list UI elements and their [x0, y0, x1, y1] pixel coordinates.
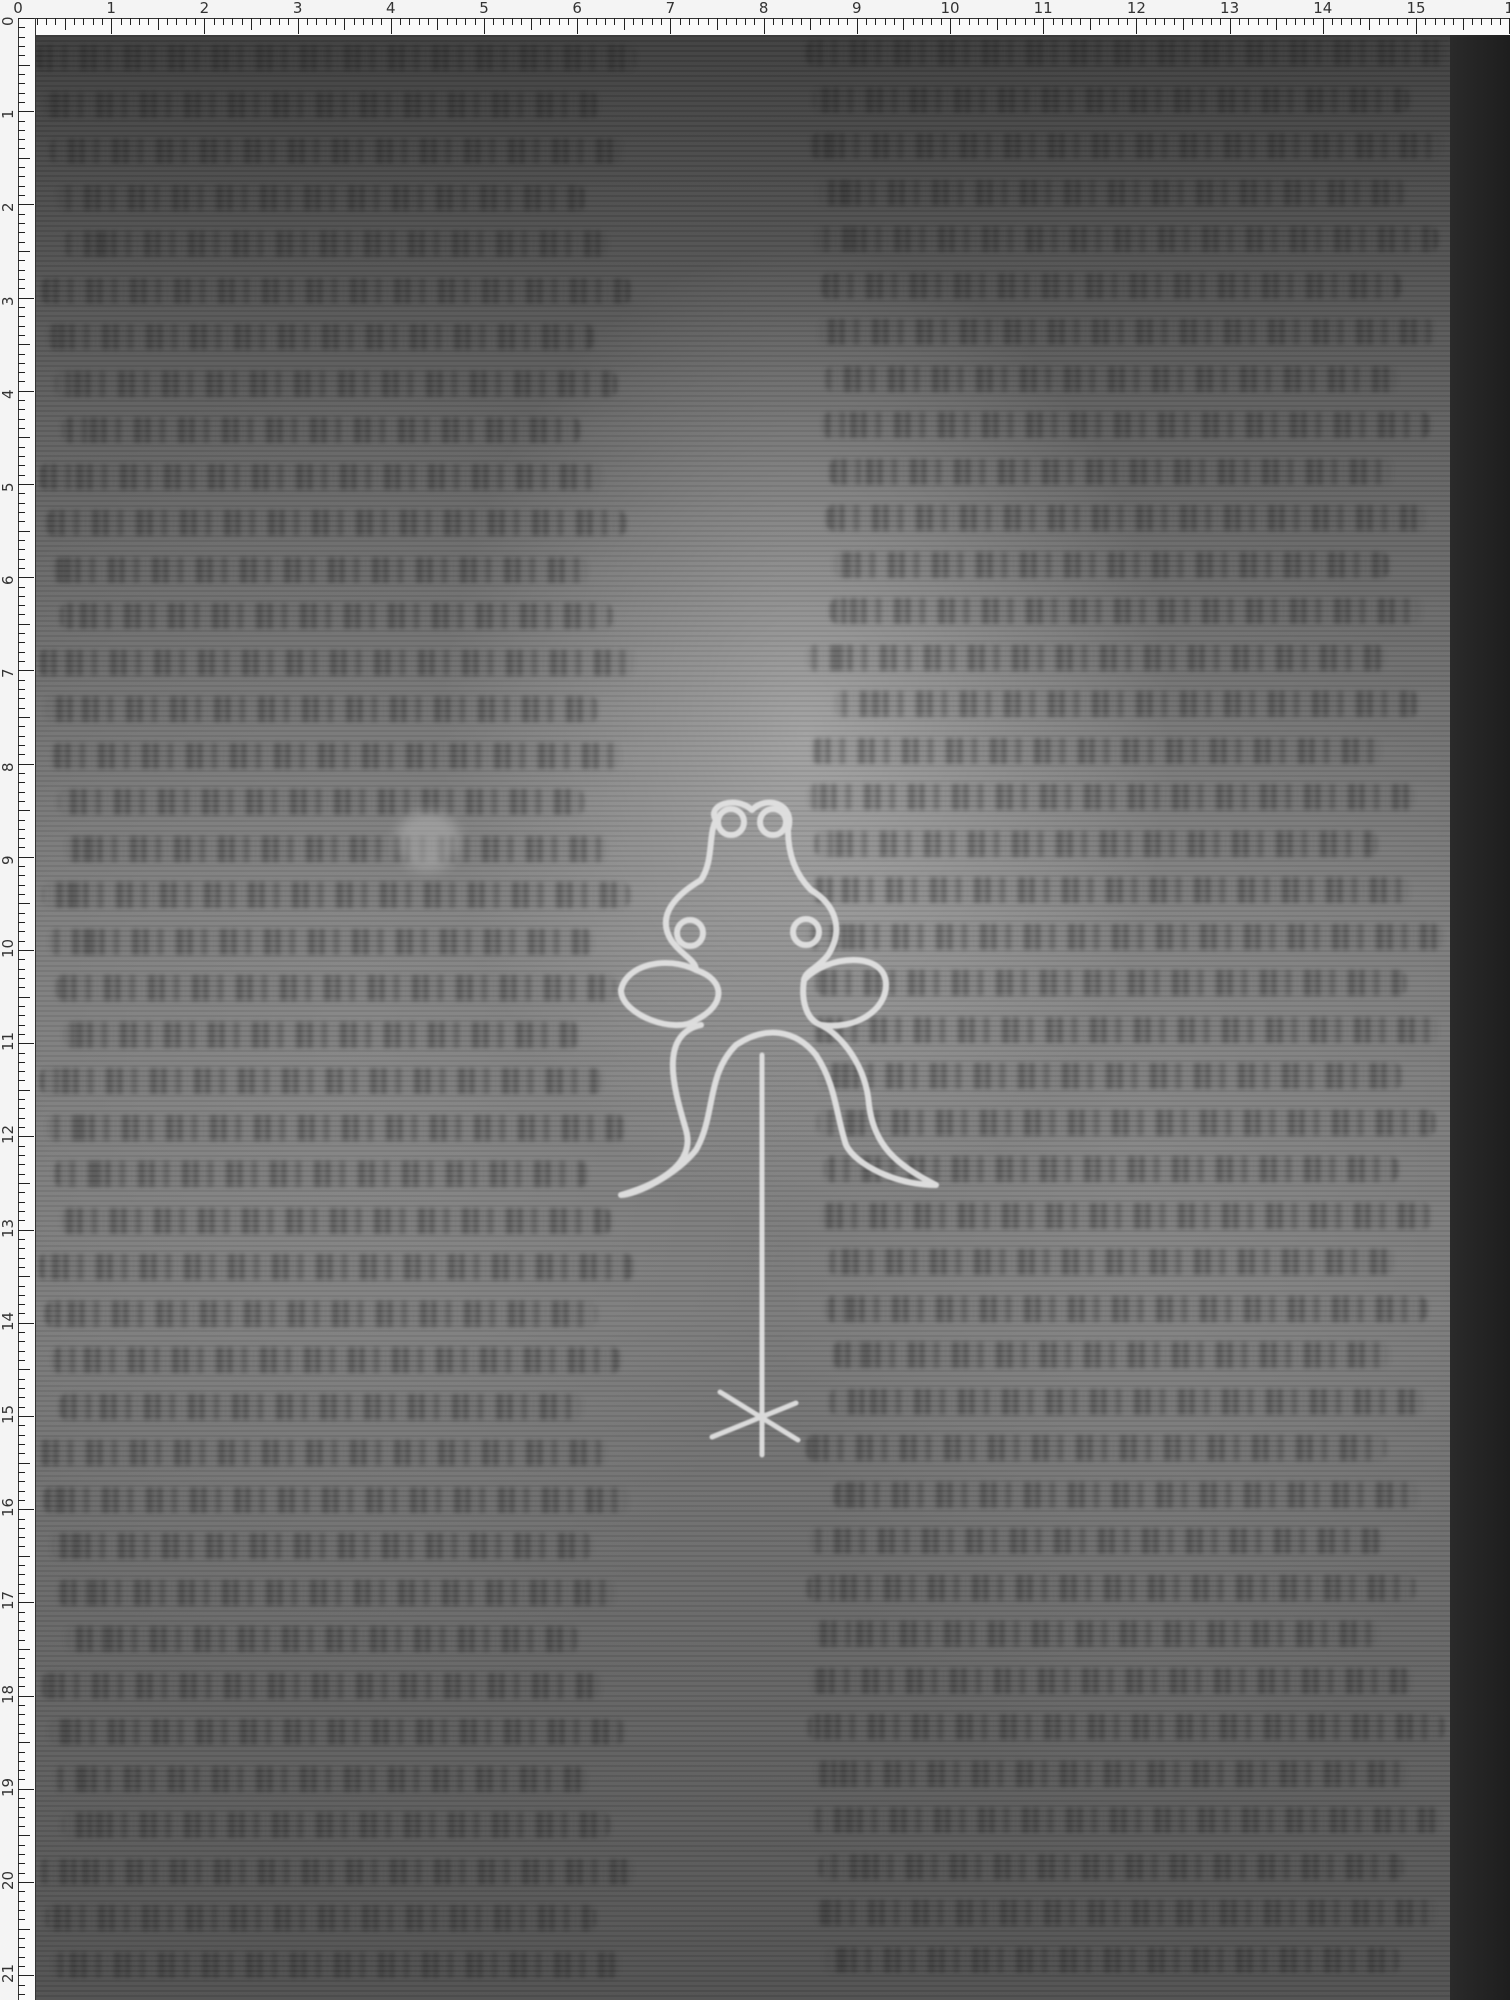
ruler-label: 10	[940, 0, 959, 17]
ruler-tick	[363, 18, 364, 25]
ruler-tick	[409, 18, 410, 25]
ruler-tick	[437, 18, 438, 30]
ruler-tick	[1463, 18, 1464, 30]
ruler-tick	[18, 1584, 25, 1585]
ruler-label: 15	[0, 1405, 16, 1424]
ruler-tick	[18, 1500, 25, 1501]
ruler-tick	[18, 652, 25, 653]
ruler-tick	[1258, 18, 1259, 25]
ruler-tick	[810, 18, 811, 30]
ruler-tick	[1239, 18, 1240, 25]
ruler-tick	[18, 1481, 25, 1482]
ruler-tick	[540, 18, 541, 25]
ruler-tick	[18, 242, 25, 243]
ruler-tick	[18, 857, 34, 858]
ruler-label: 19	[0, 1778, 16, 1797]
ruler-tick	[1267, 18, 1268, 25]
ruler-tick	[820, 18, 821, 25]
ruler-tick	[633, 18, 634, 25]
ruler-tick	[18, 1239, 25, 1240]
ruler-tick	[847, 18, 848, 25]
ruler-tick	[204, 18, 205, 34]
ruler-tick	[521, 18, 522, 25]
ruler-tick	[18, 1854, 25, 1855]
ruler-label: 4	[0, 389, 16, 399]
ruler-tick	[186, 18, 187, 25]
ruler-tick	[18, 326, 25, 327]
ruler-tick	[642, 18, 643, 25]
ruler-tick	[18, 279, 25, 280]
ruler-label: 2	[0, 203, 16, 213]
ruler-tick	[1286, 18, 1287, 25]
ruler-tick	[1174, 18, 1175, 25]
ruler-tick	[1416, 18, 1417, 34]
ruler-tick	[18, 1118, 25, 1119]
ruler-tick	[18, 531, 30, 532]
ruler-tick	[875, 18, 876, 25]
ruler-tick	[708, 18, 709, 25]
ruler-label: 3	[0, 296, 16, 306]
ruler-tick	[1136, 18, 1137, 34]
ruler-tick	[18, 903, 30, 904]
ruler-tick	[894, 18, 895, 25]
ruler-tick	[18, 475, 25, 476]
ruler-tick	[18, 1146, 25, 1147]
ruler-label: 14	[1313, 0, 1332, 17]
ruler-tick	[18, 708, 25, 709]
ruler-tick	[18, 1360, 25, 1361]
ruler-tick	[18, 1761, 25, 1762]
ruler-tick	[857, 18, 858, 34]
ruler-tick	[18, 941, 25, 942]
ruler-tick	[1435, 18, 1436, 25]
ruler-tick	[736, 18, 737, 25]
ruler-tick	[987, 18, 988, 25]
ruler-tick	[18, 1211, 25, 1212]
ruler-tick	[18, 1640, 25, 1641]
ruler-label: 2	[200, 0, 210, 17]
ruler-tick	[270, 18, 271, 25]
ruler-label: 6	[572, 0, 582, 17]
ruler-tick	[18, 1733, 25, 1734]
ruler-tick	[726, 18, 727, 25]
ruler-label: 3	[293, 0, 303, 17]
ruler-tick	[18, 1379, 25, 1380]
ruler-tick	[18, 232, 25, 233]
ruler-tick	[18, 1612, 25, 1613]
ruler-tick	[18, 1919, 25, 1920]
ruler-tick	[37, 18, 38, 25]
ruler-tick	[65, 18, 66, 30]
ruler-tick	[531, 18, 532, 30]
ruler-tick	[568, 18, 569, 25]
ruler-tick	[1276, 18, 1277, 30]
ruler-tick	[18, 1845, 25, 1846]
ruler-tick	[18, 1910, 25, 1911]
ruler-left: 0123456789101112131415161718192021	[0, 18, 36, 2000]
ruler-tick	[18, 1565, 25, 1566]
ruler-tick	[18, 1174, 25, 1175]
ruler-tick	[18, 792, 25, 793]
ruler-tick	[1248, 18, 1249, 25]
ruler-tick	[18, 969, 25, 970]
ruler-tick	[18, 1388, 25, 1389]
ruler-tick	[18, 167, 25, 168]
ruler-tick	[18, 1472, 25, 1473]
ruler-tick	[18, 465, 25, 466]
ruler-tick	[680, 18, 681, 25]
ruler-tick	[1425, 18, 1426, 25]
ruler-label: 1	[0, 110, 16, 120]
ruler-tick	[18, 1537, 25, 1538]
ruler-tick	[18, 670, 34, 671]
ruler-tick	[18, 335, 25, 336]
ruler-tick	[18, 605, 25, 606]
ruler-tick	[18, 1863, 25, 1864]
ruler-tick	[18, 409, 25, 410]
ruler-tick	[288, 18, 289, 25]
ruler-tick	[503, 18, 504, 25]
ruler-tick	[195, 18, 196, 25]
ruler-tick	[1230, 18, 1231, 34]
ruler-tick	[18, 437, 30, 438]
ruler-tick	[18, 885, 25, 886]
ruler-tick	[214, 18, 215, 25]
ruler-tick	[18, 1798, 25, 1799]
ruler-tick	[18, 1835, 30, 1836]
ruler-tick	[1211, 18, 1212, 25]
ruler-tick	[18, 773, 25, 774]
ruler-tick	[167, 18, 168, 25]
ruler-tick	[18, 680, 25, 681]
ruler-tick	[624, 18, 625, 30]
ruler-label: 9	[852, 0, 862, 17]
ruler-tick	[18, 689, 25, 690]
ruler-tick	[18, 1975, 34, 1976]
ruler-tick	[18, 838, 25, 839]
ruler-tick	[18, 736, 25, 737]
ruler-tick	[18, 1901, 25, 1902]
ruler-tick	[18, 447, 25, 448]
ruler-label: 12	[1127, 0, 1146, 17]
ruler-tick	[83, 18, 84, 25]
ruler-tick	[326, 18, 327, 25]
ruler-tick	[18, 1183, 30, 1184]
ruler-tick	[18, 83, 25, 84]
ruler-tick	[18, 624, 30, 625]
ruler-tick	[950, 18, 951, 34]
ruler-tick	[298, 18, 299, 34]
ruler-tick	[1397, 18, 1398, 25]
ruler-tick	[1407, 18, 1408, 25]
ruler-tick	[549, 18, 550, 25]
ruler-tick	[55, 18, 56, 25]
ruler-tick	[18, 1742, 30, 1743]
ruler-tick	[18, 950, 34, 951]
ruler-tick	[18, 419, 25, 420]
ruler-tick	[18, 363, 25, 364]
ruler-tick	[18, 1686, 25, 1687]
ruler-tick	[670, 18, 671, 34]
ruler-tick	[838, 18, 839, 25]
ruler-tick	[941, 18, 942, 25]
ruler-top: 01234567891011121314151	[18, 0, 1510, 36]
ruler-tick	[1295, 18, 1296, 25]
ruler-tick	[93, 18, 94, 25]
ruler-tick	[18, 1574, 25, 1575]
ruler-tick	[18, 913, 25, 914]
ruler-tick	[18, 1416, 34, 1417]
ruler-tick	[1304, 18, 1305, 25]
ruler-tick	[18, 1015, 25, 1016]
ruler-tick	[18, 512, 25, 513]
ruler-tick	[1500, 18, 1501, 25]
ruler-tick	[18, 158, 30, 159]
ruler-label: 9	[0, 855, 16, 865]
ruler-tick	[18, 186, 25, 187]
ruler-tick	[18, 1602, 34, 1603]
ruler-tick	[605, 18, 606, 25]
ruler-tick	[18, 754, 25, 755]
ruler-tick	[18, 847, 25, 848]
ruler-tick	[18, 1444, 25, 1445]
ruler-tick	[18, 978, 25, 979]
ruler-tick	[18, 1807, 25, 1808]
ruler-tick	[18, 1519, 25, 1520]
ruler-tick	[18, 37, 25, 38]
ruler-label: 14	[0, 1312, 16, 1331]
ruler-tick	[18, 1053, 25, 1054]
ruler-tick	[829, 18, 830, 25]
ruler-tick	[18, 74, 25, 75]
ruler-tick	[18, 997, 30, 998]
ruler-tick	[18, 1397, 25, 1398]
ruler-tick	[307, 18, 308, 25]
ruler-tick	[18, 1332, 25, 1333]
ruler-tick	[447, 18, 448, 25]
ruler-label: 10	[0, 939, 16, 958]
ruler-tick	[18, 1957, 25, 1958]
ruler-tick	[18, 1295, 25, 1296]
ruler-tick	[1062, 18, 1063, 25]
ruler-tick	[587, 18, 588, 25]
ruler-tick	[18, 633, 25, 634]
ruler-tick	[18, 1304, 25, 1305]
ruler-label: 11	[0, 1032, 16, 1051]
ruler-tick	[18, 1491, 25, 1492]
ruler-tick	[18, 1099, 25, 1100]
ruler-tick	[18, 521, 25, 522]
ruler-tick	[903, 18, 904, 30]
ruler-tick	[1388, 18, 1389, 25]
ruler-tick	[18, 1034, 25, 1035]
ruler-tick	[1053, 18, 1054, 25]
ruler-tick	[18, 726, 25, 727]
ruler-tick	[18, 1463, 30, 1464]
ruler-tick	[1071, 18, 1072, 25]
ruler-tick	[18, 1705, 25, 1706]
ruler-tick	[18, 1528, 25, 1529]
ruler-tick	[18, 549, 25, 550]
ruler-tick	[18, 875, 25, 876]
ruler-tick	[18, 391, 34, 392]
ruler-tick	[18, 1313, 25, 1314]
ruler-tick	[18, 540, 25, 541]
ruler-tick	[1034, 18, 1035, 25]
ruler-tick	[1183, 18, 1184, 30]
ruler-tick	[18, 1286, 25, 1287]
ruler-tick	[18, 1947, 25, 1948]
ruler-tick	[18, 1770, 25, 1771]
ruler-tick	[512, 18, 513, 25]
ruler-tick	[913, 18, 914, 25]
ruler-tick	[18, 1891, 25, 1892]
ruler-tick	[18, 484, 34, 485]
ruler-tick	[139, 18, 140, 25]
ruler-tick	[1360, 18, 1361, 25]
ruler-tick	[1453, 18, 1454, 25]
ruler-tick	[1192, 18, 1193, 25]
ruler-tick	[18, 1696, 34, 1697]
ruler-tick	[18, 214, 25, 215]
ruler-tick	[251, 18, 252, 30]
ruler-label: 4	[386, 0, 396, 17]
ruler-tick	[1099, 18, 1100, 25]
ruler-tick	[1118, 18, 1119, 25]
ruler-tick	[18, 1090, 30, 1091]
ruler-tick	[1025, 18, 1026, 25]
ruler-tick	[18, 503, 25, 504]
ruler-tick	[18, 1043, 34, 1044]
ruler-label: 0	[0, 16, 16, 26]
ruler-tick	[866, 18, 867, 25]
ruler-tick	[18, 18, 34, 19]
ruler-tick	[260, 18, 261, 25]
ruler-tick	[18, 55, 25, 56]
ruler-tick	[18, 111, 34, 112]
ruler-tick	[18, 102, 25, 103]
ruler-tick	[18, 1621, 25, 1622]
ruler-tick	[1313, 18, 1314, 25]
ruler-tick	[18, 1062, 25, 1063]
ruler-tick	[931, 18, 932, 25]
ruler-tick	[372, 18, 373, 25]
ruler-tick	[18, 1202, 25, 1203]
ruler-tick	[18, 596, 25, 597]
ruler-label: 1	[1504, 0, 1510, 17]
ruler-tick	[18, 810, 30, 811]
ruler-tick	[18, 428, 25, 429]
ruler-tick	[18, 372, 25, 373]
ruler-tick	[18, 559, 25, 560]
ruler-tick	[18, 298, 34, 299]
ruler-tick	[18, 354, 25, 355]
ruler-label: 1	[106, 0, 116, 17]
ruler-tick	[1202, 18, 1203, 25]
ruler-tick	[18, 1994, 25, 1995]
ruler-tick	[18, 381, 25, 382]
ruler-tick	[1491, 18, 1492, 25]
ruler-label: 6	[0, 576, 16, 586]
ruler-tick	[18, 1164, 25, 1165]
ruler-tick	[18, 1546, 25, 1547]
ruler-tick	[18, 1658, 25, 1659]
ruler-tick	[18, 1025, 25, 1026]
ruler-tick	[18, 829, 25, 830]
ruler-tick	[18, 1882, 34, 1883]
ruler-tick	[18, 614, 25, 615]
ruler-tick	[978, 18, 979, 25]
ruler-tick	[18, 1929, 30, 1930]
ruler-tick	[18, 195, 25, 196]
ruler-tick	[1015, 18, 1016, 25]
ruler-tick	[698, 18, 699, 25]
ruler-tick	[344, 18, 345, 30]
ruler-tick	[969, 18, 970, 25]
ruler-tick	[242, 18, 243, 25]
ruler-tick	[18, 1779, 25, 1780]
ruler-tick	[18, 1873, 25, 1874]
ruler-tick	[381, 18, 382, 25]
ruler-tick	[18, 1966, 25, 1967]
ruler-label: 13	[1220, 0, 1239, 17]
ruler-tick	[18, 1258, 25, 1259]
ruler-tick	[18, 1938, 25, 1939]
ruler-tick	[18, 344, 30, 345]
ruler-label: 8	[759, 0, 769, 17]
ruler-tick	[18, 820, 25, 821]
ruler-tick	[1351, 18, 1352, 25]
ruler-tick	[18, 1677, 25, 1678]
ruler-tick	[130, 18, 131, 25]
ruler-tick	[400, 18, 401, 25]
ruler-tick	[335, 18, 336, 25]
ruler-tick	[18, 931, 25, 932]
ruler-tick	[18, 1649, 30, 1650]
ruler-tick	[885, 18, 886, 25]
ruler-tick	[1220, 18, 1221, 25]
ruler-label: 21	[0, 1964, 16, 1983]
ruler-tick	[18, 1276, 30, 1277]
ruler-tick	[782, 18, 783, 25]
ruler-tick	[18, 1817, 25, 1818]
ruler-tick	[18, 1136, 34, 1137]
ruler-label: 20	[0, 1871, 16, 1890]
ruler-tick	[279, 18, 280, 25]
ruler-tick	[18, 1192, 25, 1193]
ruler-tick	[18, 1509, 34, 1510]
ruler-tick	[18, 1323, 34, 1324]
ruler-tick	[18, 1369, 30, 1370]
ruler-tick	[1155, 18, 1156, 25]
ruler-tick	[18, 661, 25, 662]
ruler-tick	[18, 1630, 25, 1631]
ruler-tick	[745, 18, 746, 25]
ruler-tick	[1108, 18, 1109, 25]
ruler-tick	[18, 745, 25, 746]
ruler-tick	[18, 148, 25, 149]
ruler-tick	[18, 1006, 25, 1007]
ruler-tick	[18, 866, 25, 867]
page-edge-shadow	[1450, 35, 1510, 2000]
ruler-tick	[18, 1351, 25, 1352]
ruler-label: 13	[0, 1219, 16, 1238]
ruler-label: 7	[0, 669, 16, 679]
ruler-tick	[18, 922, 25, 923]
ruler-tick	[689, 18, 690, 25]
ruler-tick	[801, 18, 802, 25]
ruler-label: 15	[1406, 0, 1425, 17]
